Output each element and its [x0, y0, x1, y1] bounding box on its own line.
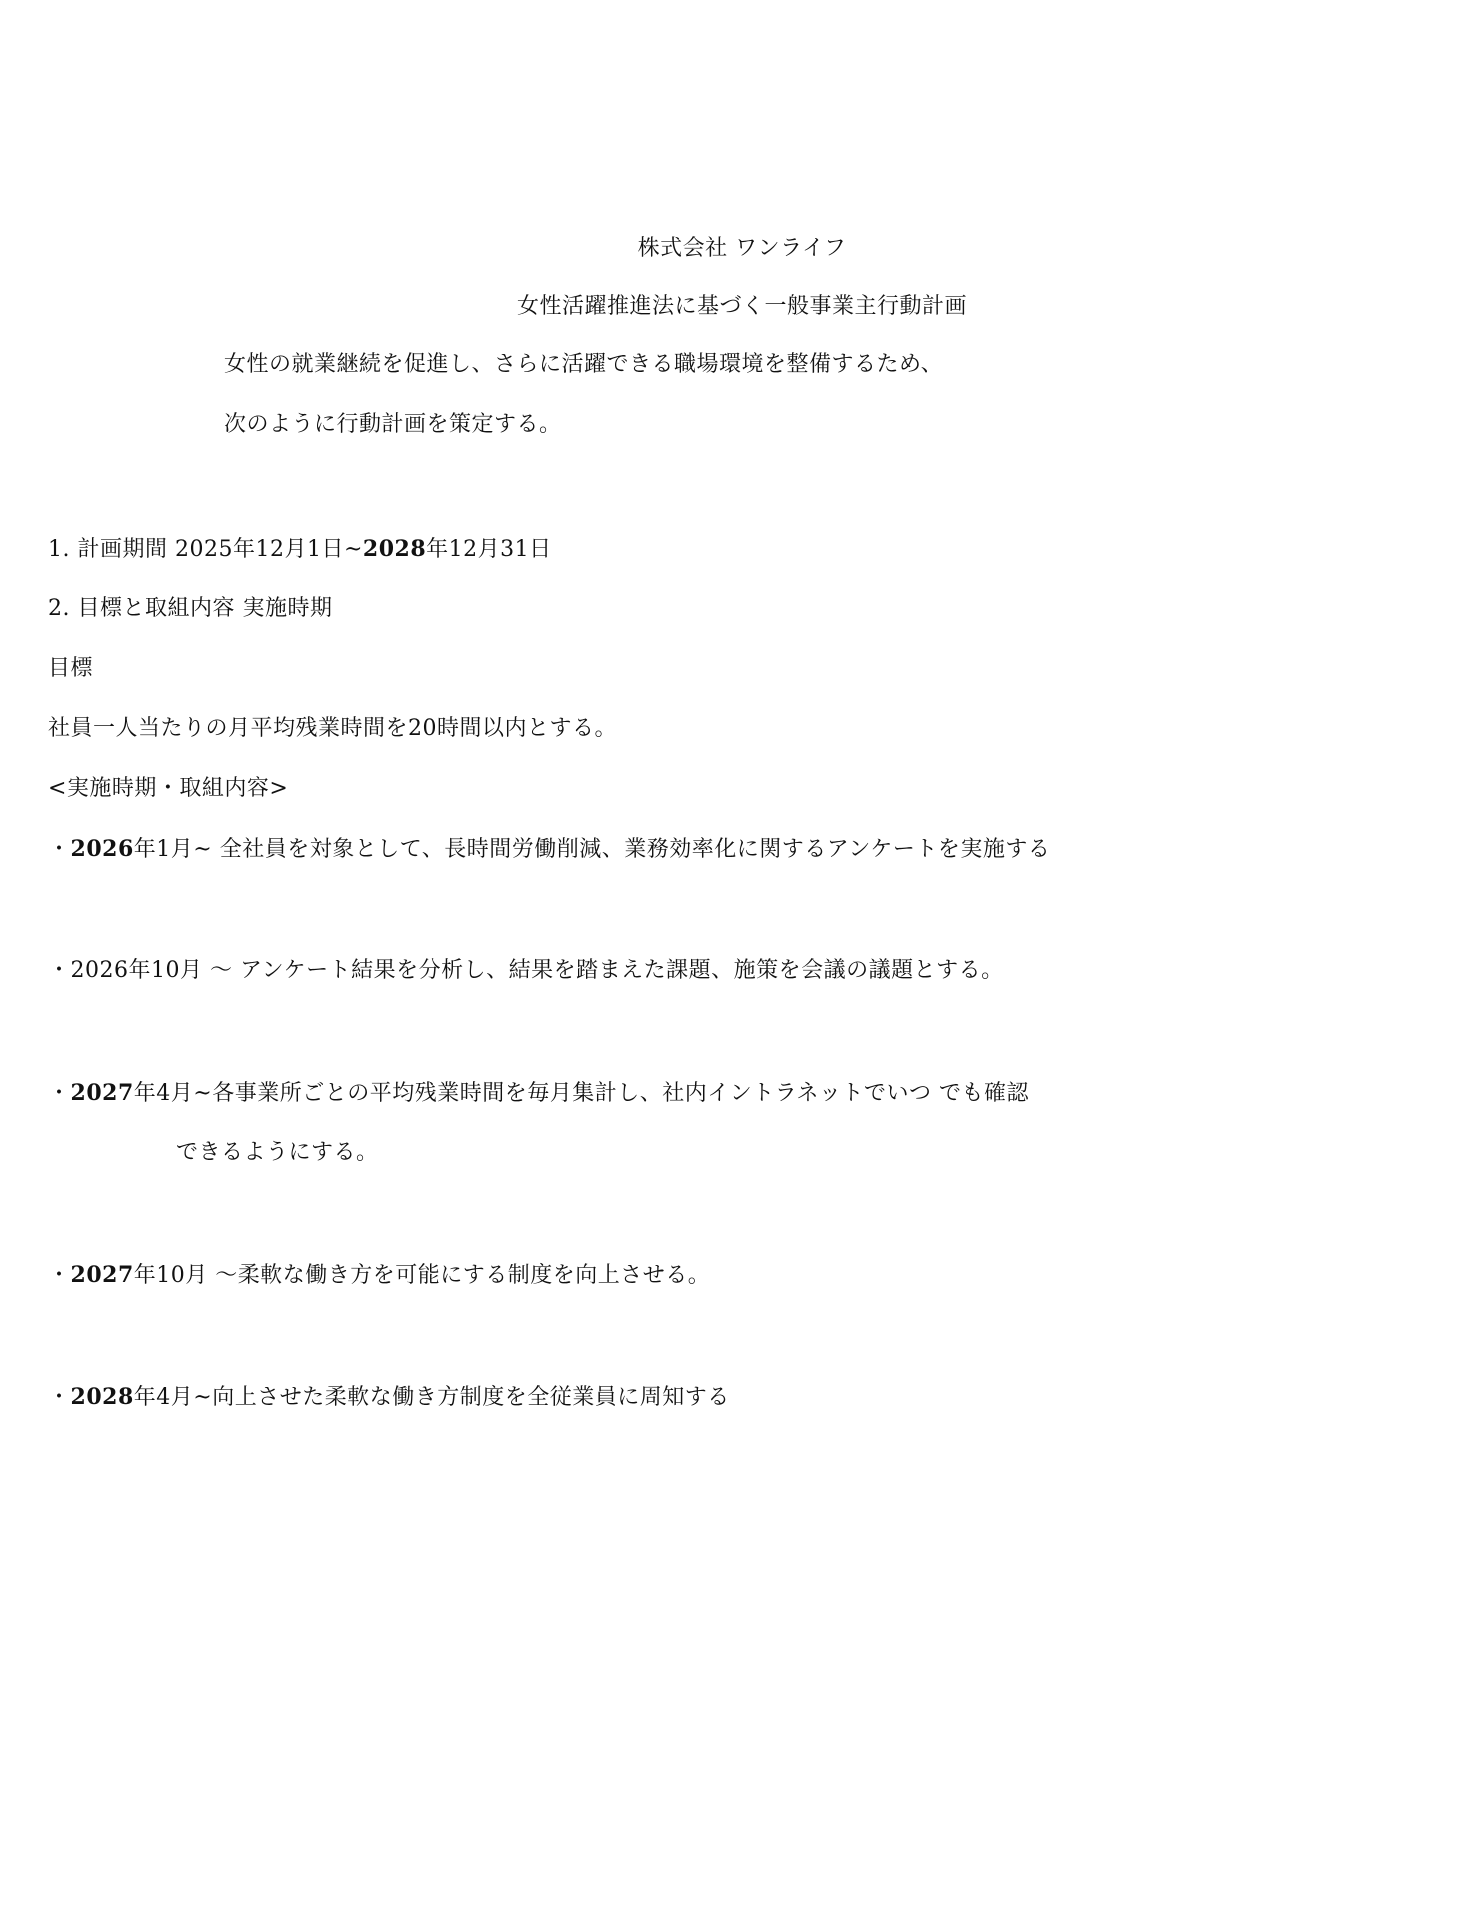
bullet: ・: [48, 1081, 71, 1106]
action-text: 向上させた柔軟な働き方制度を全従業員に周知する: [212, 1385, 730, 1410]
intro-line-1: 女性の就業継続を促進し、さらに活躍できる職場環境を整備するため、: [224, 350, 943, 380]
bullet: ・: [48, 958, 71, 983]
action-date: 年4月~: [134, 1385, 212, 1410]
bullet: ・: [48, 1385, 71, 1410]
action-date: 年10月 ～: [134, 1263, 238, 1288]
plan-period-end-year: 2028: [363, 536, 426, 562]
bullet: ・: [48, 1263, 71, 1288]
action-date: 年1月~: [134, 837, 220, 862]
company-name: 株式会社 ワンライフ: [0, 234, 1484, 264]
schedule-label: <実施時期・取組内容>: [48, 774, 288, 804]
bullet: ・: [48, 837, 71, 862]
action-text: 柔軟な働き方を可能にする制度を向上させる。: [238, 1263, 711, 1288]
plan-period-prefix: 1. 計画期間 2025年12月1日~: [48, 537, 363, 562]
action-text: 各事業所ごとの平均残業時間を毎月集計し、社内イントラネットでいつ でも確認: [212, 1081, 1029, 1106]
plan-period-end-rest: 年12月31日: [426, 537, 552, 562]
action-year: 2028: [71, 1384, 134, 1410]
goal-text: 社員一人当たりの月平均残業時間を20時間以内とする。: [48, 714, 617, 744]
action-item-3-continuation: できるようにする。: [176, 1138, 379, 1168]
intro-line-2: 次のように行動計画を策定する。: [224, 410, 562, 440]
action-date: 年4月~: [134, 1081, 212, 1106]
plan-period: 1. 計画期間 2025年12月1日~2028年12月31日: [48, 534, 552, 565]
action-item-4: ・2027年10月 ～柔軟な働き方を可能にする制度を向上させる。: [48, 1260, 710, 1291]
action-text: 全社員を対象として、長時間労働削減、業務効率化に関するアンケートを実施する: [220, 837, 1051, 862]
action-item-3: ・2027年4月~各事業所ごとの平均残業時間を毎月集計し、社内イントラネットでい…: [48, 1078, 1029, 1109]
action-text: アンケート結果を分析し、結果を踏まえた課題、施策を会議の議題とする。: [240, 958, 1004, 983]
action-item-5: ・2028年4月~向上させた柔軟な働き方制度を全従業員に周知する: [48, 1382, 730, 1413]
action-item-1: ・2026年1月~ 全社員を対象として、長時間労働削減、業務効率化に関するアンケ…: [48, 834, 1050, 865]
action-date: 年10月 ～: [129, 958, 240, 983]
action-year: 2027: [71, 1080, 134, 1106]
document-title: 女性活躍推進法に基づく一般事業主行動計画: [0, 292, 1484, 322]
goal-label: 目標: [48, 654, 93, 684]
action-year: 2027: [71, 1262, 134, 1288]
action-year: 2026: [71, 958, 129, 983]
section-2-heading: 2. 目標と取組内容 実施時期: [48, 594, 332, 624]
action-item-2: ・2026年10月 ～ アンケート結果を分析し、結果を踏まえた課題、施策を会議の…: [48, 956, 1004, 986]
action-year: 2026: [71, 836, 134, 862]
